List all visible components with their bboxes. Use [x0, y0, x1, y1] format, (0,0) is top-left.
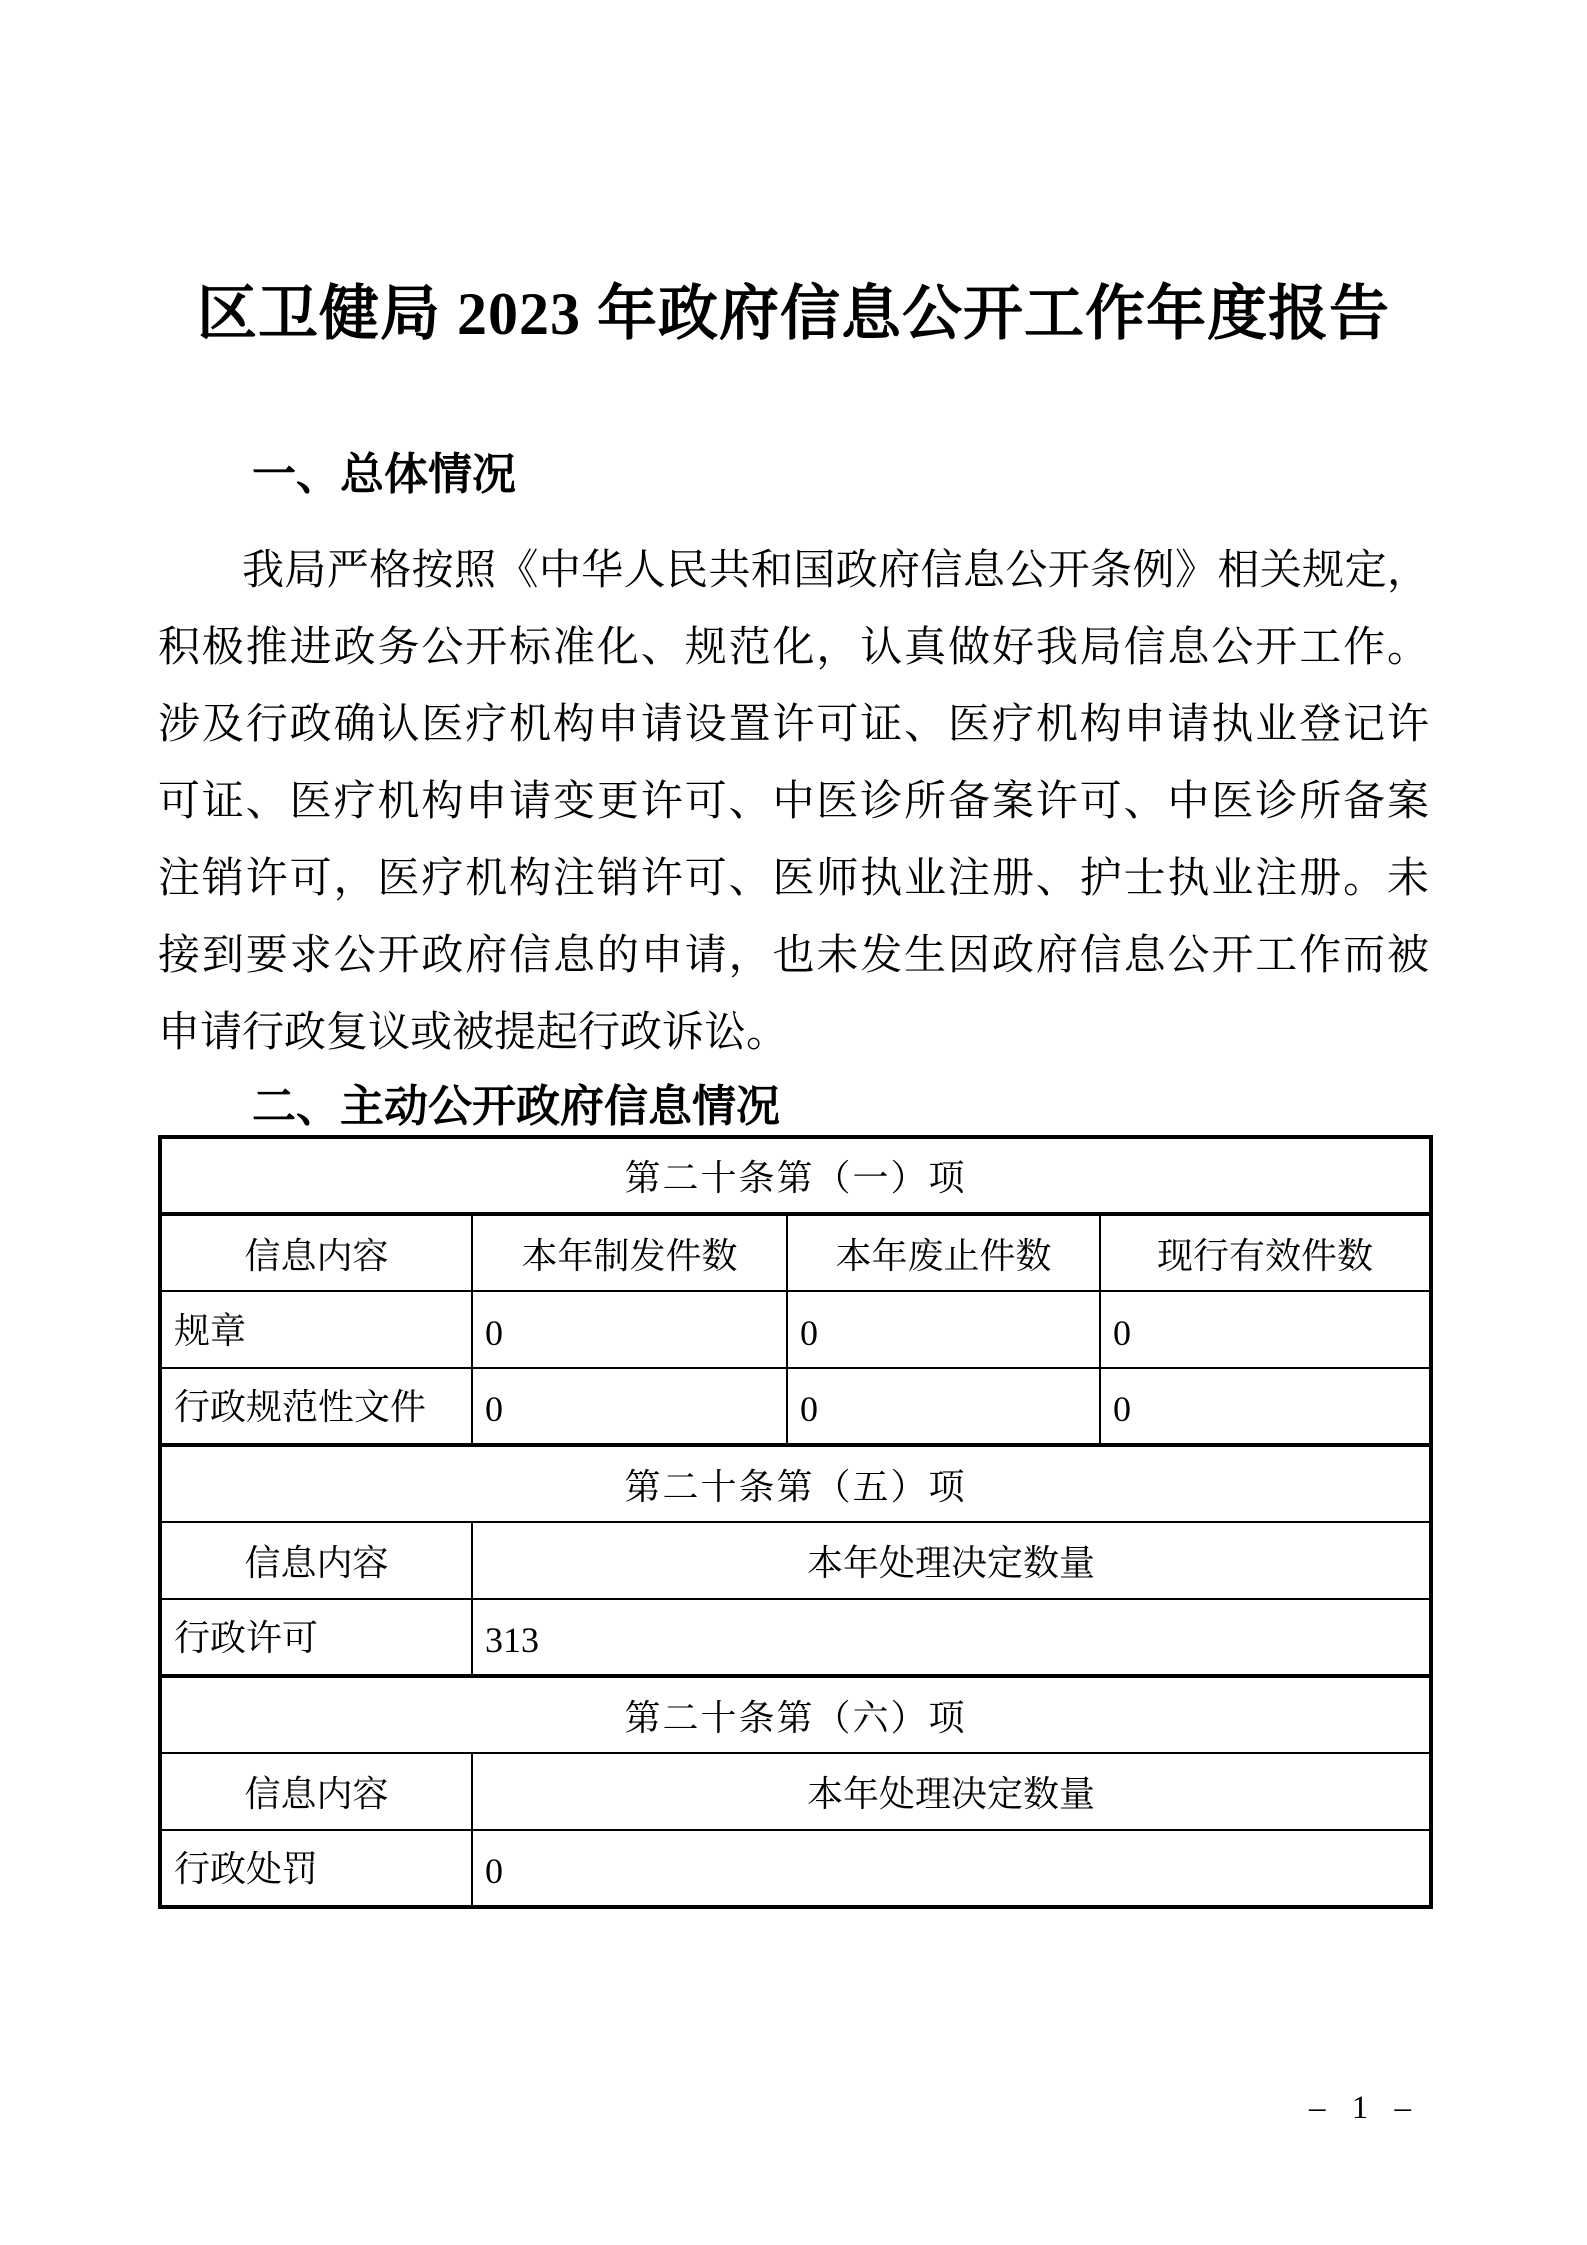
table-cell-value: 0 — [472, 1830, 1431, 1907]
table-row-label: 规章 — [160, 1291, 472, 1368]
table-cell-value: 0 — [472, 1368, 787, 1445]
section-heading-disclosure: 二、主动公开政府信息情况 — [158, 1085, 1429, 1129]
table-cell-value: 0 — [1100, 1291, 1431, 1368]
table-header-row: 信息内容 本年处理决定数量 — [160, 1753, 1431, 1830]
paragraph-line: 注销许可，医疗机构注销许可、医师执业注册、护士执业注册。未 — [158, 841, 1429, 918]
report-table: 第二十条第（一）项 信息内容 本年制发件数 本年废止件数 现行有效件数 规章 0… — [158, 1135, 1433, 1909]
paragraph-line: 我局严格按照《中华人民共和国政府信息公开条例》相关规定， — [158, 533, 1429, 610]
table-header-cell: 信息内容 — [160, 1522, 472, 1599]
document-content: 区卫健局 2023 年政府信息公开工作年度报告 一、总体情况 我局严格按照《中华… — [158, 0, 1429, 1909]
table-header-cell: 本年处理决定数量 — [472, 1522, 1431, 1599]
table-row: 行政许可 313 — [160, 1599, 1431, 1676]
table-section-title: 第二十条第（一）项 — [160, 1137, 1431, 1214]
table-cell-value: 313 — [472, 1599, 1431, 1676]
table-cell-value: 0 — [787, 1291, 1100, 1368]
table-section-title-row: 第二十条第（一）项 — [160, 1137, 1431, 1214]
overview-paragraph: 我局严格按照《中华人民共和国政府信息公开条例》相关规定， 积极推进政务公开标准化… — [158, 533, 1429, 1072]
table-header-cell: 本年处理决定数量 — [472, 1753, 1431, 1830]
document-title: 区卫健局 2023 年政府信息公开工作年度报告 — [158, 0, 1429, 344]
table-section-title-row: 第二十条第（六）项 — [160, 1676, 1431, 1753]
table-cell-value: 0 — [1100, 1368, 1431, 1445]
table-row: 规章 0 0 0 — [160, 1291, 1431, 1368]
table-section-title: 第二十条第（六）项 — [160, 1676, 1431, 1753]
table-header-row: 信息内容 本年制发件数 本年废止件数 现行有效件数 — [160, 1214, 1431, 1291]
table-row-label: 行政规范性文件 — [160, 1368, 472, 1445]
table-cell-value: 0 — [787, 1368, 1100, 1445]
table-header-cell: 信息内容 — [160, 1753, 472, 1830]
page-number: – 1 – — [1309, 2090, 1420, 2127]
paragraph-line: 接到要求公开政府信息的申请，也未发生因政府信息公开工作而被 — [158, 918, 1429, 995]
paragraph-line: 可证、医疗机构申请变更许可、中医诊所备案许可、中医诊所备案 — [158, 764, 1429, 841]
table-section-title-row: 第二十条第（五）项 — [160, 1445, 1431, 1522]
table-cell-value: 0 — [472, 1291, 787, 1368]
table-header-cell: 现行有效件数 — [1100, 1214, 1431, 1291]
table-header-row: 信息内容 本年处理决定数量 — [160, 1522, 1431, 1599]
table-row: 行政处罚 0 — [160, 1830, 1431, 1907]
table-header-cell: 本年废止件数 — [787, 1214, 1100, 1291]
table-row-label: 行政处罚 — [160, 1830, 472, 1907]
table-row: 行政规范性文件 0 0 0 — [160, 1368, 1431, 1445]
table-header-cell: 信息内容 — [160, 1214, 472, 1291]
table-section-title: 第二十条第（五）项 — [160, 1445, 1431, 1522]
paragraph-line: 涉及行政确认医疗机构申请设置许可证、医疗机构申请执业登记许 — [158, 687, 1429, 764]
document-page: 区卫健局 2023 年政府信息公开工作年度报告 一、总体情况 我局严格按照《中华… — [0, 0, 1587, 2245]
paragraph-line: 积极推进政务公开标准化、规范化，认真做好我局信息公开工作。 — [158, 610, 1429, 687]
section-heading-overview: 一、总体情况 — [158, 453, 1429, 497]
table-header-cell: 本年制发件数 — [472, 1214, 787, 1291]
table-row-label: 行政许可 — [160, 1599, 472, 1676]
paragraph-line: 申请行政复议或被提起行政诉讼。 — [158, 995, 1429, 1072]
